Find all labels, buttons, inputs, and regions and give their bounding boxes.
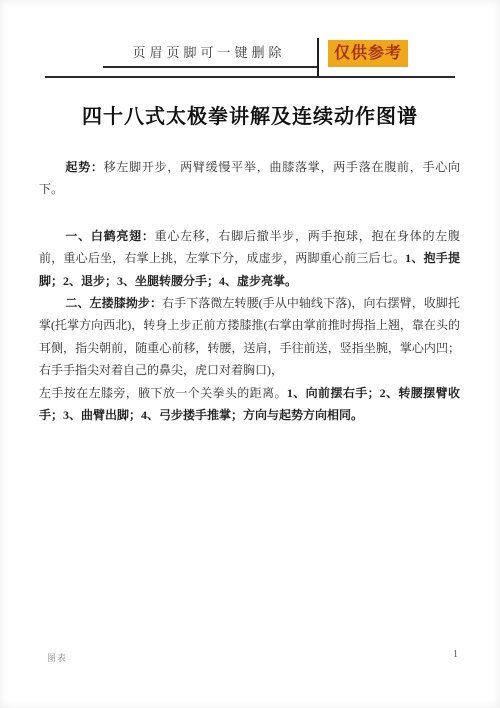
paragraph-louxi-aobu: 二、左搂膝拗步：右手下落微左转腰(手从中轴线下落)，向右摆臂，收脚托掌(托掌方向… — [39, 292, 460, 382]
paragraph-louxi-continued: 左手按在左膝旁，腋下放一个关拳头的距离。1、向前摆右手；2、转腰摆臂收手；3、曲… — [39, 382, 460, 427]
document-page: 页眉页脚可一键删除 仅供参考 四十八式太极拳讲解及连续动作图谱 起势：移左脚开步… — [0, 0, 500, 708]
paragraph-qishi-lead: 起势： — [65, 160, 103, 174]
header-note: 页眉页脚可一键删除 — [100, 42, 318, 61]
paragraph-baihe-lead: 一、白鹤亮翅： — [65, 229, 154, 243]
header-underline — [103, 66, 319, 68]
header-rule — [45, 76, 455, 78]
paragraph-louxi-lead: 二、左搂膝拗步： — [65, 296, 162, 310]
reference-badge: 仅供参考 — [328, 40, 408, 67]
page-number: 1 — [453, 649, 458, 660]
paragraph-baihe-liangchi: 一、白鹤亮翅：重心左移，右脚后撤半步，两手抱球，抱在身体的左腹前，重心后坐，右掌… — [39, 225, 460, 292]
document-body: 起势：移左脚开步，两臂缓慢平举，曲膝落掌，两手落在腹前，手心向下。 一、白鹤亮翅… — [39, 156, 460, 426]
paragraph-qishi: 起势：移左脚开步，两臂缓慢平举，曲膝落掌，两手落在腹前，手心向下。 — [39, 156, 460, 201]
document-title: 四十八式太极拳讲解及连续动作图谱 — [0, 100, 500, 129]
footer-label: 图表 — [47, 651, 67, 664]
paragraph-louxi-cont-text: 左手按在左膝旁，腋下放一个关拳头的距离。 — [39, 386, 287, 400]
header-divider — [317, 38, 319, 78]
